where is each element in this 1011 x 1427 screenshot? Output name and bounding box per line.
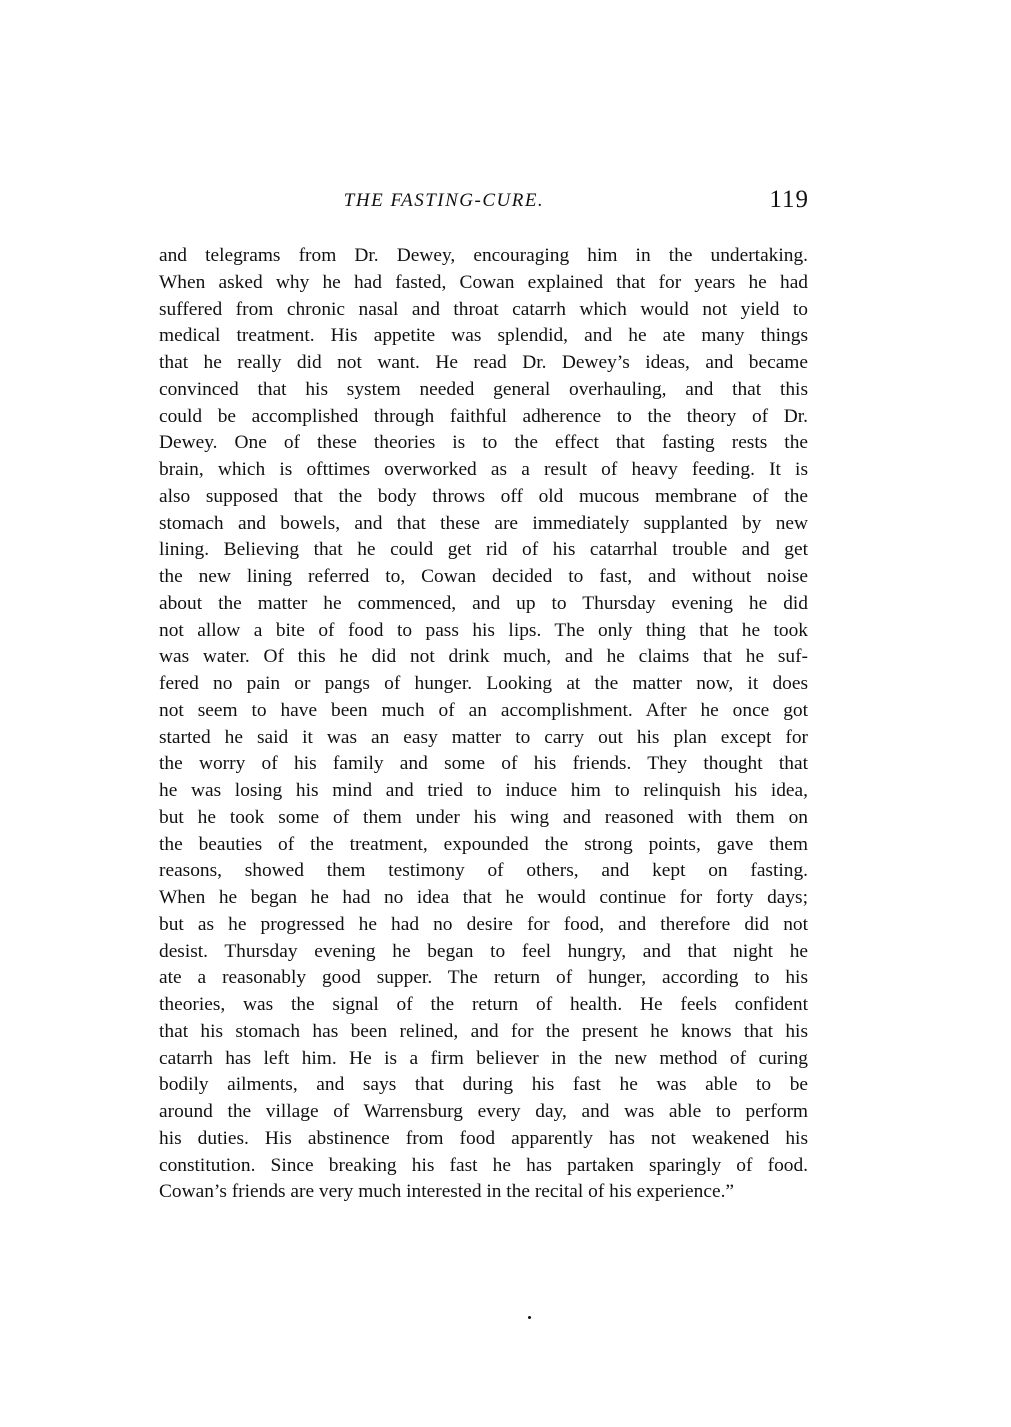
text-line: started he said it was an easy matter to… (159, 725, 808, 752)
text-line: fered no pain or pangs of hunger. Lookin… (159, 671, 808, 698)
text-line: that his stomach has been relined, and f… (159, 1019, 808, 1046)
text-line: Dewey. One of these theories is to the e… (159, 430, 808, 457)
text-line: was water. Of this he did not drink much… (159, 644, 808, 671)
body-text: and telegrams from Dr. Dewey, encouragin… (159, 243, 808, 1206)
text-line: stomach and bowels, and that these are i… (159, 511, 808, 538)
text-line: his duties. His abstinence from food app… (159, 1126, 808, 1153)
text-line: lining. Believing that he could get rid … (159, 537, 808, 564)
text-line: theories, was the signal of the return o… (159, 992, 808, 1019)
text-line: reasons, showed them testimony of others… (159, 858, 808, 885)
text-line: catarrh has left him. He is a firm belie… (159, 1046, 808, 1073)
text-line: When asked why he had fasted, Cowan expl… (159, 270, 808, 297)
text-line: not allow a bite of food to pass his lip… (159, 618, 808, 645)
text-line: the beauties of the treatment, expounded… (159, 832, 808, 859)
text-line: the worry of his family and some of his … (159, 751, 808, 778)
text-line: but as he progressed he had no desire fo… (159, 912, 808, 939)
text-line: medical treatment. His appetite was sple… (159, 323, 808, 350)
text-line: convinced that his system needed general… (159, 377, 808, 404)
text-line: suffered from chronic nasal and throat c… (159, 297, 808, 324)
text-line: constitution. Since breaking his fast he… (159, 1153, 808, 1180)
text-line: he was losing his mind and tried to indu… (159, 778, 808, 805)
print-mark (528, 1316, 531, 1319)
text-line: could be accomplished through faithful a… (159, 404, 808, 431)
text-line: the new lining referred to, Cowan decide… (159, 564, 808, 591)
text-line: When he began he had no idea that he wou… (159, 885, 808, 912)
text-line: about the matter he commenced, and up to… (159, 591, 808, 618)
text-line: ate a reasonably good supper. The return… (159, 965, 808, 992)
book-page: THE FASTING-CURE. 119 and telegrams from… (0, 0, 1011, 1427)
text-line: that he really did not want. He read Dr.… (159, 350, 808, 377)
running-head: THE FASTING-CURE. 119 (159, 188, 809, 218)
text-line: brain, which is ofttimes overworked as a… (159, 457, 808, 484)
text-line: not seem to have been much of an accompl… (159, 698, 808, 725)
running-title: THE FASTING-CURE. (159, 190, 729, 212)
text-line-last: Cowan’s friends are very much interested… (159, 1179, 808, 1206)
text-line: desist. Thursday evening he began to fee… (159, 939, 808, 966)
text-line: but he took some of them under his wing … (159, 805, 808, 832)
text-line: also supposed that the body throws off o… (159, 484, 808, 511)
text-line: and telegrams from Dr. Dewey, encouragin… (159, 243, 808, 270)
page-number: 119 (769, 186, 809, 214)
text-line: around the village of Warrensburg every … (159, 1099, 808, 1126)
text-line: bodily ailments, and says that during hi… (159, 1072, 808, 1099)
